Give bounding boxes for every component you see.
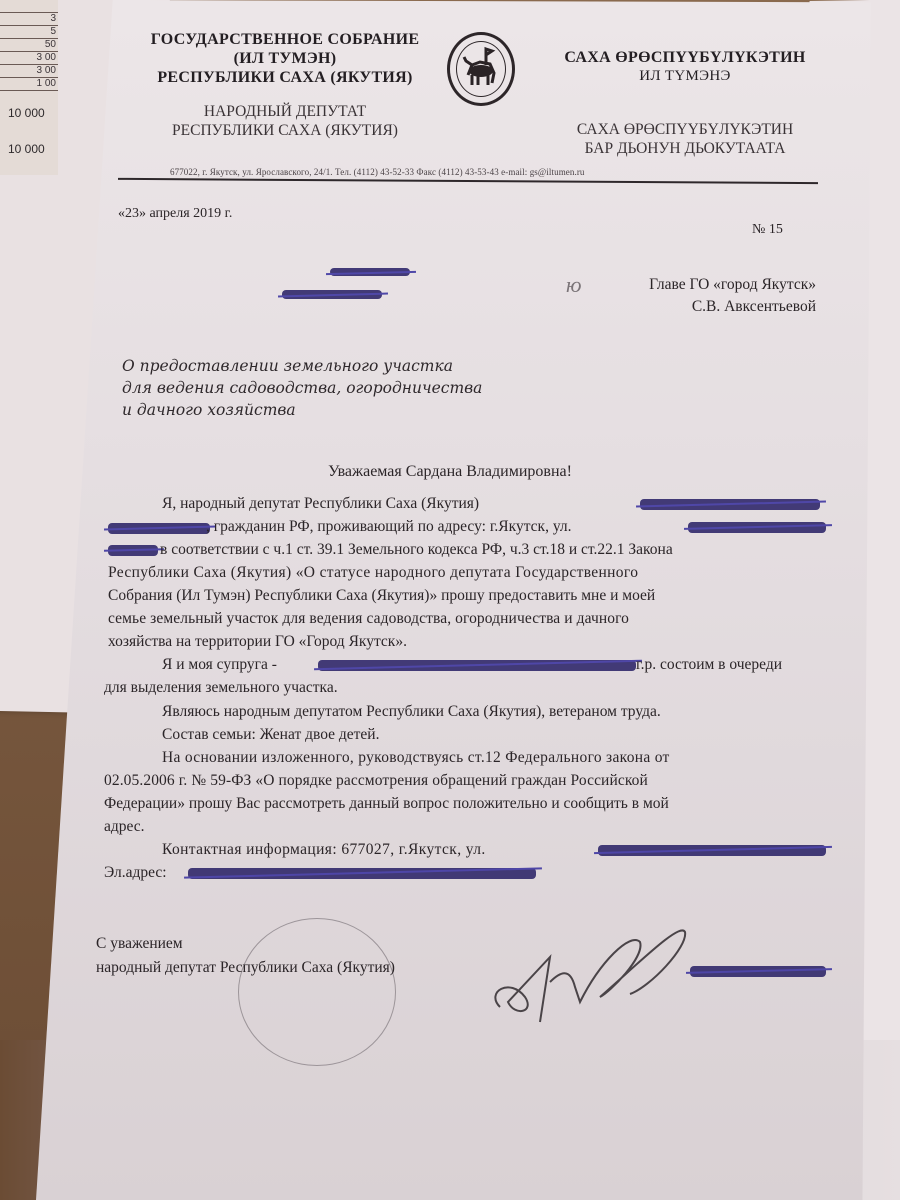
- body-line: Республики Саха (Якутия) «О статусе наро…: [108, 561, 638, 584]
- letterhead-divider: [118, 178, 818, 184]
- letterhead-title-sakha: САХА ӨРӨСПҮҮБҮЛҮКЭТИН: [530, 48, 840, 67]
- redaction-mark: [282, 290, 382, 299]
- coat-of-arms-icon: [447, 32, 515, 106]
- letterhead-address: 677022, г. Якутск, ул. Ярославского, 24/…: [170, 167, 780, 177]
- redacted-spouse: [318, 660, 636, 671]
- subject-line: О предоставлении земельного участка: [122, 355, 482, 377]
- redacted-signatory-name: [690, 966, 826, 977]
- addressee-title: Главе ГО «город Якутск»: [606, 274, 816, 296]
- letterhead-left: ГОСУДАРСТВЕННОЕ СОБРАНИЕ (ИЛ ТУМЭН) РЕСП…: [130, 30, 440, 140]
- redacted-address: [108, 545, 158, 556]
- body-line: Я, народный депутат Республики Саха (Яку…: [162, 492, 479, 515]
- addressee-block: Главе ГО «город Якутск» С.В. Авксентьево…: [606, 274, 816, 318]
- letterhead-subtitle-sakha: ИЛ ТҮМЭНЭ: [530, 67, 840, 86]
- body-line: Федерации» прошу Вас рассмотреть данный …: [104, 792, 669, 815]
- body-line: 02.05.2006 г. № 59-ФЗ «О порядке рассмот…: [104, 769, 648, 792]
- subject-line: и дачного хозяйства: [122, 399, 482, 421]
- contact-email-label: Эл.адрес:: [104, 861, 167, 884]
- closing-regards: С уважением: [96, 932, 183, 955]
- body-line: в соответствии с ч.1 ст. 39.1 Земельного…: [160, 538, 673, 561]
- body-line: Собрания (Ил Тумэн) Республики Саха (Яку…: [108, 584, 655, 607]
- approval-mark: ю: [566, 272, 582, 298]
- document-content: ГОСУДАРСТВЕННОЕ СОБРАНИЕ (ИЛ ТУМЭН) РЕСП…: [0, 0, 900, 1200]
- signature-icon: [480, 922, 710, 1032]
- letterhead-deputy-republic: РЕСПУБЛИКИ САХА (ЯКУТИЯ): [130, 121, 440, 140]
- redacted-contact-email: [188, 868, 536, 879]
- salutation: Уважаемая Сардана Владимировна!: [0, 460, 900, 483]
- body-line: Являюсь народным депутатом Республики Са…: [162, 700, 661, 723]
- seal-stamp-icon: [238, 918, 396, 1066]
- body-line: для выделения земельного участка.: [104, 676, 338, 699]
- body-line: Состав семьи: Женат двое детей.: [162, 723, 379, 746]
- redacted-address: [688, 522, 826, 533]
- letterhead-title: ГОСУДАРСТВЕННОЕ СОБРАНИЕ: [130, 30, 440, 49]
- letterhead-subtitle: (ИЛ ТУМЭН): [130, 49, 440, 68]
- body-line: адрес.: [104, 815, 145, 838]
- body-line: , гражданин РФ, проживающий по адресу: г…: [206, 515, 572, 538]
- redacted-name: [640, 499, 820, 510]
- body-line: На основании изложенного, руководствуясь…: [162, 746, 670, 769]
- addressee-name: С.В. Авксентьевой: [606, 296, 816, 318]
- body-line: г.р. состоим в очереди: [636, 653, 782, 676]
- letterhead-deputy-sakha: САХА ӨРӨСПҮҮБҮЛҮКЭТИН: [530, 120, 840, 139]
- document-number: № 15: [752, 218, 783, 241]
- document-date: «23» апреля 2019 г.: [118, 202, 232, 225]
- body-line: семье земельный участок для ведения садо…: [108, 607, 629, 630]
- contact-info: Контактная информация: 677027, г.Якутск,…: [162, 838, 486, 861]
- redaction-mark: [330, 268, 410, 276]
- redacted-name: [108, 523, 210, 534]
- redacted-contact-address: [598, 845, 826, 856]
- body-line: Я и моя супруга -: [162, 653, 277, 676]
- subject-block: О предоставлении земельного участка для …: [122, 355, 482, 421]
- letterhead-deputy-title-sakha: БАР ДЬОНУН ДЬОКУТААТА: [530, 139, 840, 158]
- letterhead-deputy: НАРОДНЫЙ ДЕПУТАТ: [130, 102, 440, 121]
- subject-line: для ведения садоводства, огородничества: [122, 377, 482, 399]
- closing-position: народный депутат Республики Саха (Якутия…: [96, 956, 395, 979]
- letterhead-republic: РЕСПУБЛИКИ САХА (ЯКУТИЯ): [130, 68, 440, 87]
- letterhead-right: САХА ӨРӨСПҮҮБҮЛҮКЭТИН ИЛ ТҮМЭНЭ САХА ӨРӨ…: [530, 48, 840, 158]
- body-line: хозяйства на территории ГО «Город Якутск…: [108, 630, 407, 653]
